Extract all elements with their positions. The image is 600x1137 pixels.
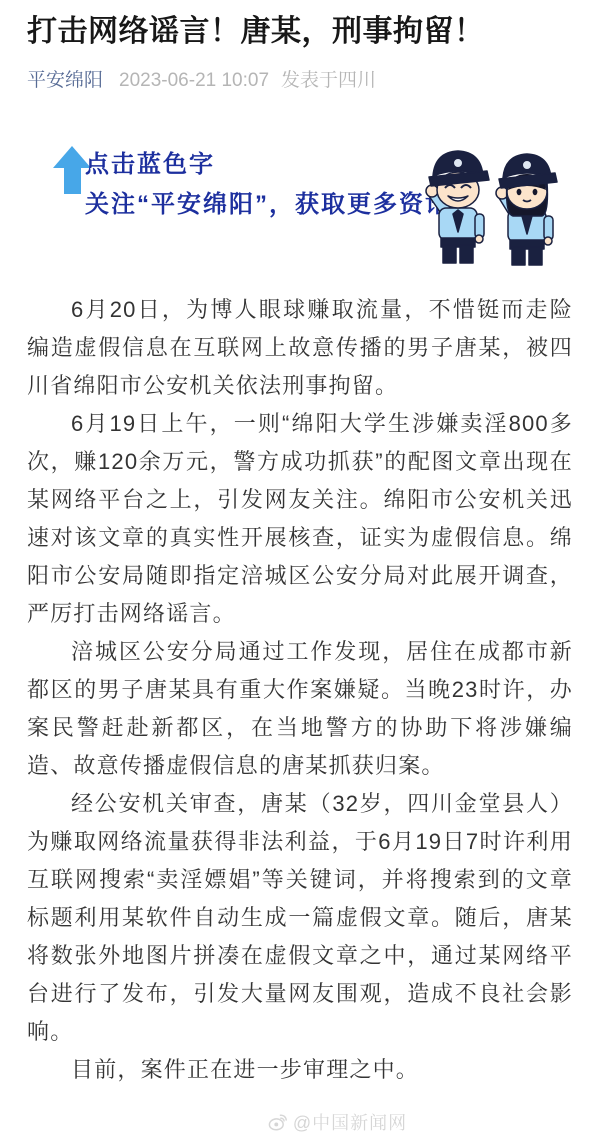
watermark-text: @中国新闻网 — [293, 1109, 407, 1135]
article-body: 6月20日，为博人眼球赚取流量，不惜铤而走险编造虚假信息在互联网上故意传播的男子… — [27, 291, 573, 1089]
watermark: @中国新闻网 — [267, 1109, 407, 1135]
police-officers-illustration — [415, 138, 567, 268]
paragraph: 经公安机关审查，唐某（32岁，四川金堂县人）为赚取网络流量获得非法利益，于6月1… — [27, 785, 573, 1051]
publish-timestamp: 2023-06-21 10:07 — [119, 68, 269, 94]
article-page: 打击网络谣言！唐某，刑事拘留！ 平安绵阳 2023-06-21 10:07 发表… — [0, 0, 600, 1137]
paragraph: 6月19日上午，一则“绵阳大学生涉嫌卖淫800多次，赚120余万元，警方成功抓获… — [27, 405, 573, 633]
banner-text: 点击蓝色字 关注“平安绵阳”，获取更多资讯 — [85, 150, 451, 220]
weibo-icon — [267, 1111, 289, 1133]
account-link[interactable]: 平安绵阳 — [27, 68, 103, 94]
banner-line1: 点击蓝色字 — [85, 150, 451, 180]
paragraph: 涪城区公安分局通过工作发现，居住在成都市新都区的男子唐某具有重大作案嫌疑。当晚2… — [27, 633, 573, 785]
header-banner-image: 点击蓝色字 关注“平安绵阳”，获取更多资讯 — [27, 128, 573, 273]
byline: 平安绵阳 2023-06-21 10:07 发表于四川 — [27, 68, 573, 94]
publish-location: 发表于四川 — [281, 68, 376, 94]
article-title: 打击网络谣言！唐某，刑事拘留！ — [27, 0, 573, 52]
paragraph: 6月20日，为博人眼球赚取流量，不惜铤而走险编造虚假信息在互联网上故意传播的男子… — [27, 291, 573, 405]
paragraph: 目前，案件正在进一步审理之中。 — [27, 1051, 573, 1089]
banner-line2: 关注“平安绵阳”，获取更多资讯 — [85, 190, 451, 220]
